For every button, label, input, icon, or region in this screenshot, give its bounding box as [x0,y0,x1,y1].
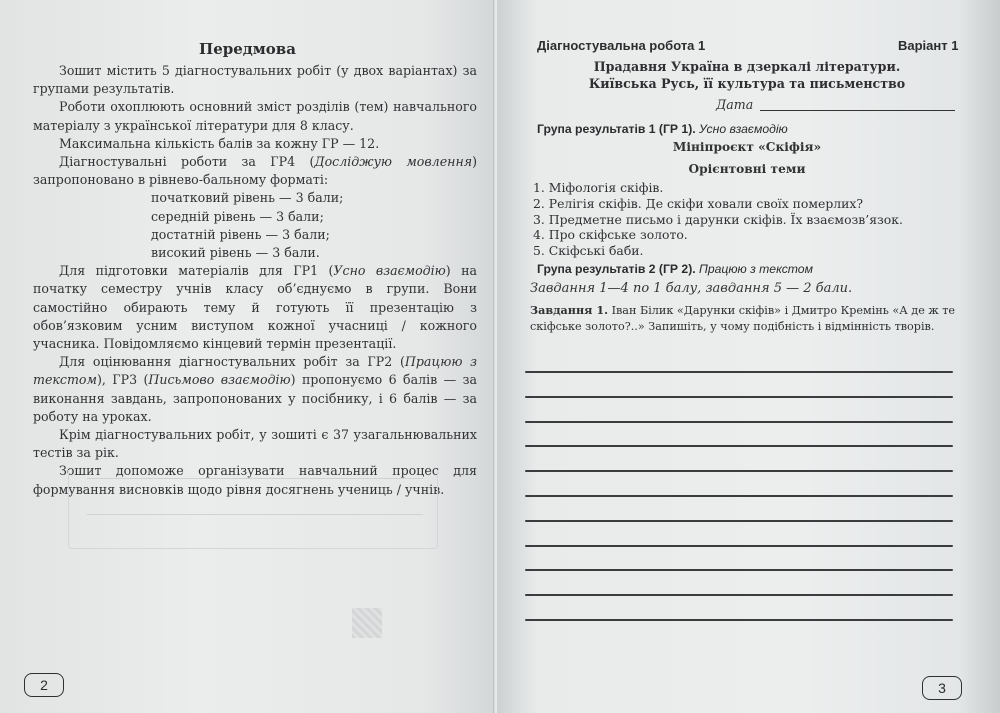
preface-paragraph-gr4: Діагностувальні роботи за ГР4 (Досліджую… [33,153,477,189]
answer-line[interactable] [525,594,953,596]
answer-line[interactable] [525,545,953,547]
preface-paragraph: Роботи охоплюють основний зміст розділів… [33,98,477,134]
work-title: Діагностувальна робота 1 [537,38,705,53]
date-label: Дата [716,97,753,112]
miniproject-title: Мініпроєкт «Скіфія» [537,140,957,154]
topic-item: 5. Скіфські баби. [533,243,903,259]
answer-line[interactable] [525,470,953,472]
preface-title: Передмова [0,40,495,58]
topics-list: 1. Міфологія скіфів. 2. Релігія скіфів. … [533,180,903,259]
variant-label: Варіант 1 [898,38,958,53]
bleed-through-line [87,478,423,479]
answer-line[interactable] [525,619,953,621]
answer-line[interactable] [525,520,953,522]
preface-paragraph: Зошит містить 5 діагностувальних робіт (… [33,62,477,98]
bleed-through-line [87,514,423,515]
answer-line[interactable] [525,396,953,398]
result-group-1-label: Група результатів 1 (ГР 1). Усно взаємод… [537,122,788,136]
preface-paragraph-gr23: Для оцінювання діагностувальних робіт за… [33,353,477,426]
preface-paragraph: Максимальна кількість балів за кожну ГР … [33,135,477,153]
bleed-through-qr-icon [352,608,382,638]
date-input-line[interactable] [760,110,955,111]
preface-body: Зошит містить 5 діагностувальних робіт (… [33,62,477,499]
level-item: високий рівень — 3 бали. [151,244,477,262]
topic-item: 1. Міфологія скіфів. [533,180,903,196]
topics-heading: Орієнтовні теми [537,162,957,176]
topic-item: 4. Про скіфське золото. [533,227,903,243]
task-1: Завдання 1. Іван Білик «Дарунки скіфів» … [530,302,960,335]
page-number-right: 3 [922,676,962,700]
bleed-through-box [68,470,438,549]
scoring-note: Завдання 1—4 по 1 балу, завдання 5 — 2 б… [530,281,852,296]
answer-line[interactable] [525,495,953,497]
topic-item: 2. Релігія скіфів. Де скіфи ховали своїх… [533,196,903,212]
page-number-left: 2 [24,673,64,697]
topic-title-line2: Київська Русь, її культура та письменств… [537,75,957,92]
level-item: середній рівень — 3 бали; [151,208,477,226]
level-item: достатній рівень — 3 бали; [151,226,477,244]
level-item: початковий рівень — 3 бали; [151,189,477,207]
answer-line[interactable] [525,371,953,373]
left-page: Передмова Зошит містить 5 діагностувальн… [0,0,495,713]
topic-item: 3. Предметне письмо і дарунки скіфів. Їх… [533,212,903,228]
preface-paragraph-gr1: Для підготовки матеріалів для ГР1 (Усно … [33,262,477,353]
result-group-2-label: Група результатів 2 (ГР 2). Працюю з тек… [537,262,813,276]
answer-line[interactable] [525,421,953,423]
levels-list: початковий рівень — 3 бали; середній рів… [33,189,477,262]
preface-paragraph-tests: Крім діагностувальних робіт, у зошиті є … [33,426,477,462]
topic-title-line1: Прадавня Україна в дзеркалі літератури. [537,58,957,75]
